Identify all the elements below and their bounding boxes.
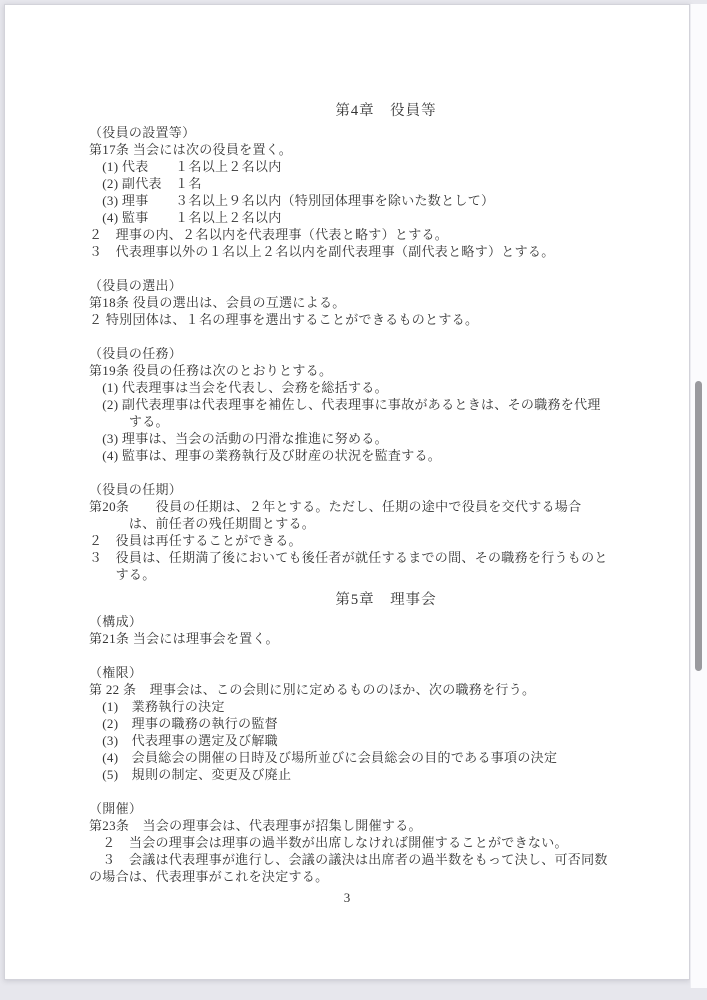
document-line: 第 22 条 理事会は、この会則に別に定めるもののほか、次の職務を行う。 (89, 681, 683, 698)
document-line: (3) 理事は、当会の活動の円滑な推進に努める。 (89, 430, 683, 447)
document-line: 第17条 当会には次の役員を置く。 (89, 141, 683, 158)
document-line: する。 (89, 566, 683, 583)
document-line: (3) 代表理事の選定及び解職 (89, 732, 683, 749)
document-line: 第20条 役員の任期は、２年とする。ただし、任期の途中で役員を交代する場合 (89, 498, 683, 515)
document-line: ３ 代表理事以外の１名以上２名以内を副代表理事（副代表と略す）とする。 (89, 243, 683, 260)
blank-line (89, 260, 683, 277)
document-line: ２ 当会の理事会は理事の過半数が出席しなければ開催することができない。 (89, 834, 683, 851)
document-line: (2) 理事の職務の執行の監督 (89, 715, 683, 732)
document-line: (3) 理事 ３名以上９名以内（特別団体理事を除いた数として） (89, 192, 683, 209)
document-line: の場合は、代表理事がこれを決定する。 (89, 868, 683, 885)
chapter-heading: 第4章 役員等 (89, 102, 683, 120)
document-line: 第21条 当会には理事会を置く。 (89, 630, 683, 647)
document-line: ３ 役員は、任期満了後においても後任者が就任するまでの間、その職務を行うものと (89, 549, 683, 566)
document-line: (1) 代表理事は当会を代表し、会務を総括する。 (89, 379, 683, 396)
document-line: (1) 代表 １名以上２名以内 (89, 158, 683, 175)
document-line: (4) 監事 １名以上２名以内 (89, 209, 683, 226)
document-line: (2) 副代表 １名 (89, 175, 683, 192)
blank-line (89, 464, 683, 481)
document-line: ２ 特別団体は、１名の理事を選出することができるものとする。 (89, 311, 683, 328)
document-line: (4) 監事は、理事の業務執行及び財産の状況を監査する。 (89, 447, 683, 464)
blank-line (89, 647, 683, 664)
document-page: 第4章 役員等（役員の設置等）第17条 当会には次の役員を置く。 (1) 代表 … (4, 4, 690, 980)
document-line: （役員の選出） (89, 277, 683, 294)
document-line: は、前任者の残任期間とする。 (89, 515, 683, 532)
document-content: 第4章 役員等（役員の設置等）第17条 当会には次の役員を置く。 (1) 代表 … (5, 5, 689, 885)
document-line: 第19条 役員の任務は次のとおりとする。 (89, 362, 683, 379)
chapter-heading: 第5章 理事会 (89, 591, 683, 609)
document-line: （権限） (89, 664, 683, 681)
scrollbar-thumb[interactable] (695, 381, 702, 671)
document-line: ２ 役員は再任することができる。 (89, 532, 683, 549)
document-line: (5) 規則の制定、変更及び廃止 (89, 766, 683, 783)
blank-line (89, 328, 683, 345)
document-line: ２ 理事の内、２名以内を代表理事（代表と略す）とする。 (89, 226, 683, 243)
document-line: (4) 会員総会の開催の日時及び場所並びに会員総会の目的である事項の決定 (89, 749, 683, 766)
page-number: 3 (5, 890, 689, 906)
document-line: ３ 会議は代表理事が進行し、会議の議決は出席者の過半数をもって決し、可否同数 (89, 851, 683, 868)
document-line: 第18条 役員の選出は、会員の互選による。 (89, 294, 683, 311)
document-line: （開催） (89, 800, 683, 817)
document-line: （役員の任期） (89, 481, 683, 498)
document-line: （役員の任務） (89, 345, 683, 362)
document-line: （構成） (89, 613, 683, 630)
document-line: 第23条 当会の理事会は、代表理事が招集し開催する。 (89, 817, 683, 834)
document-line: （役員の設置等） (89, 124, 683, 141)
document-line: する。 (89, 413, 683, 430)
document-line: (2) 副代表理事は代表理事を補佐し、代表理事に事故があるときは、その職務を代理 (89, 396, 683, 413)
document-line: (1) 業務執行の決定 (89, 698, 683, 715)
blank-line (89, 783, 683, 800)
